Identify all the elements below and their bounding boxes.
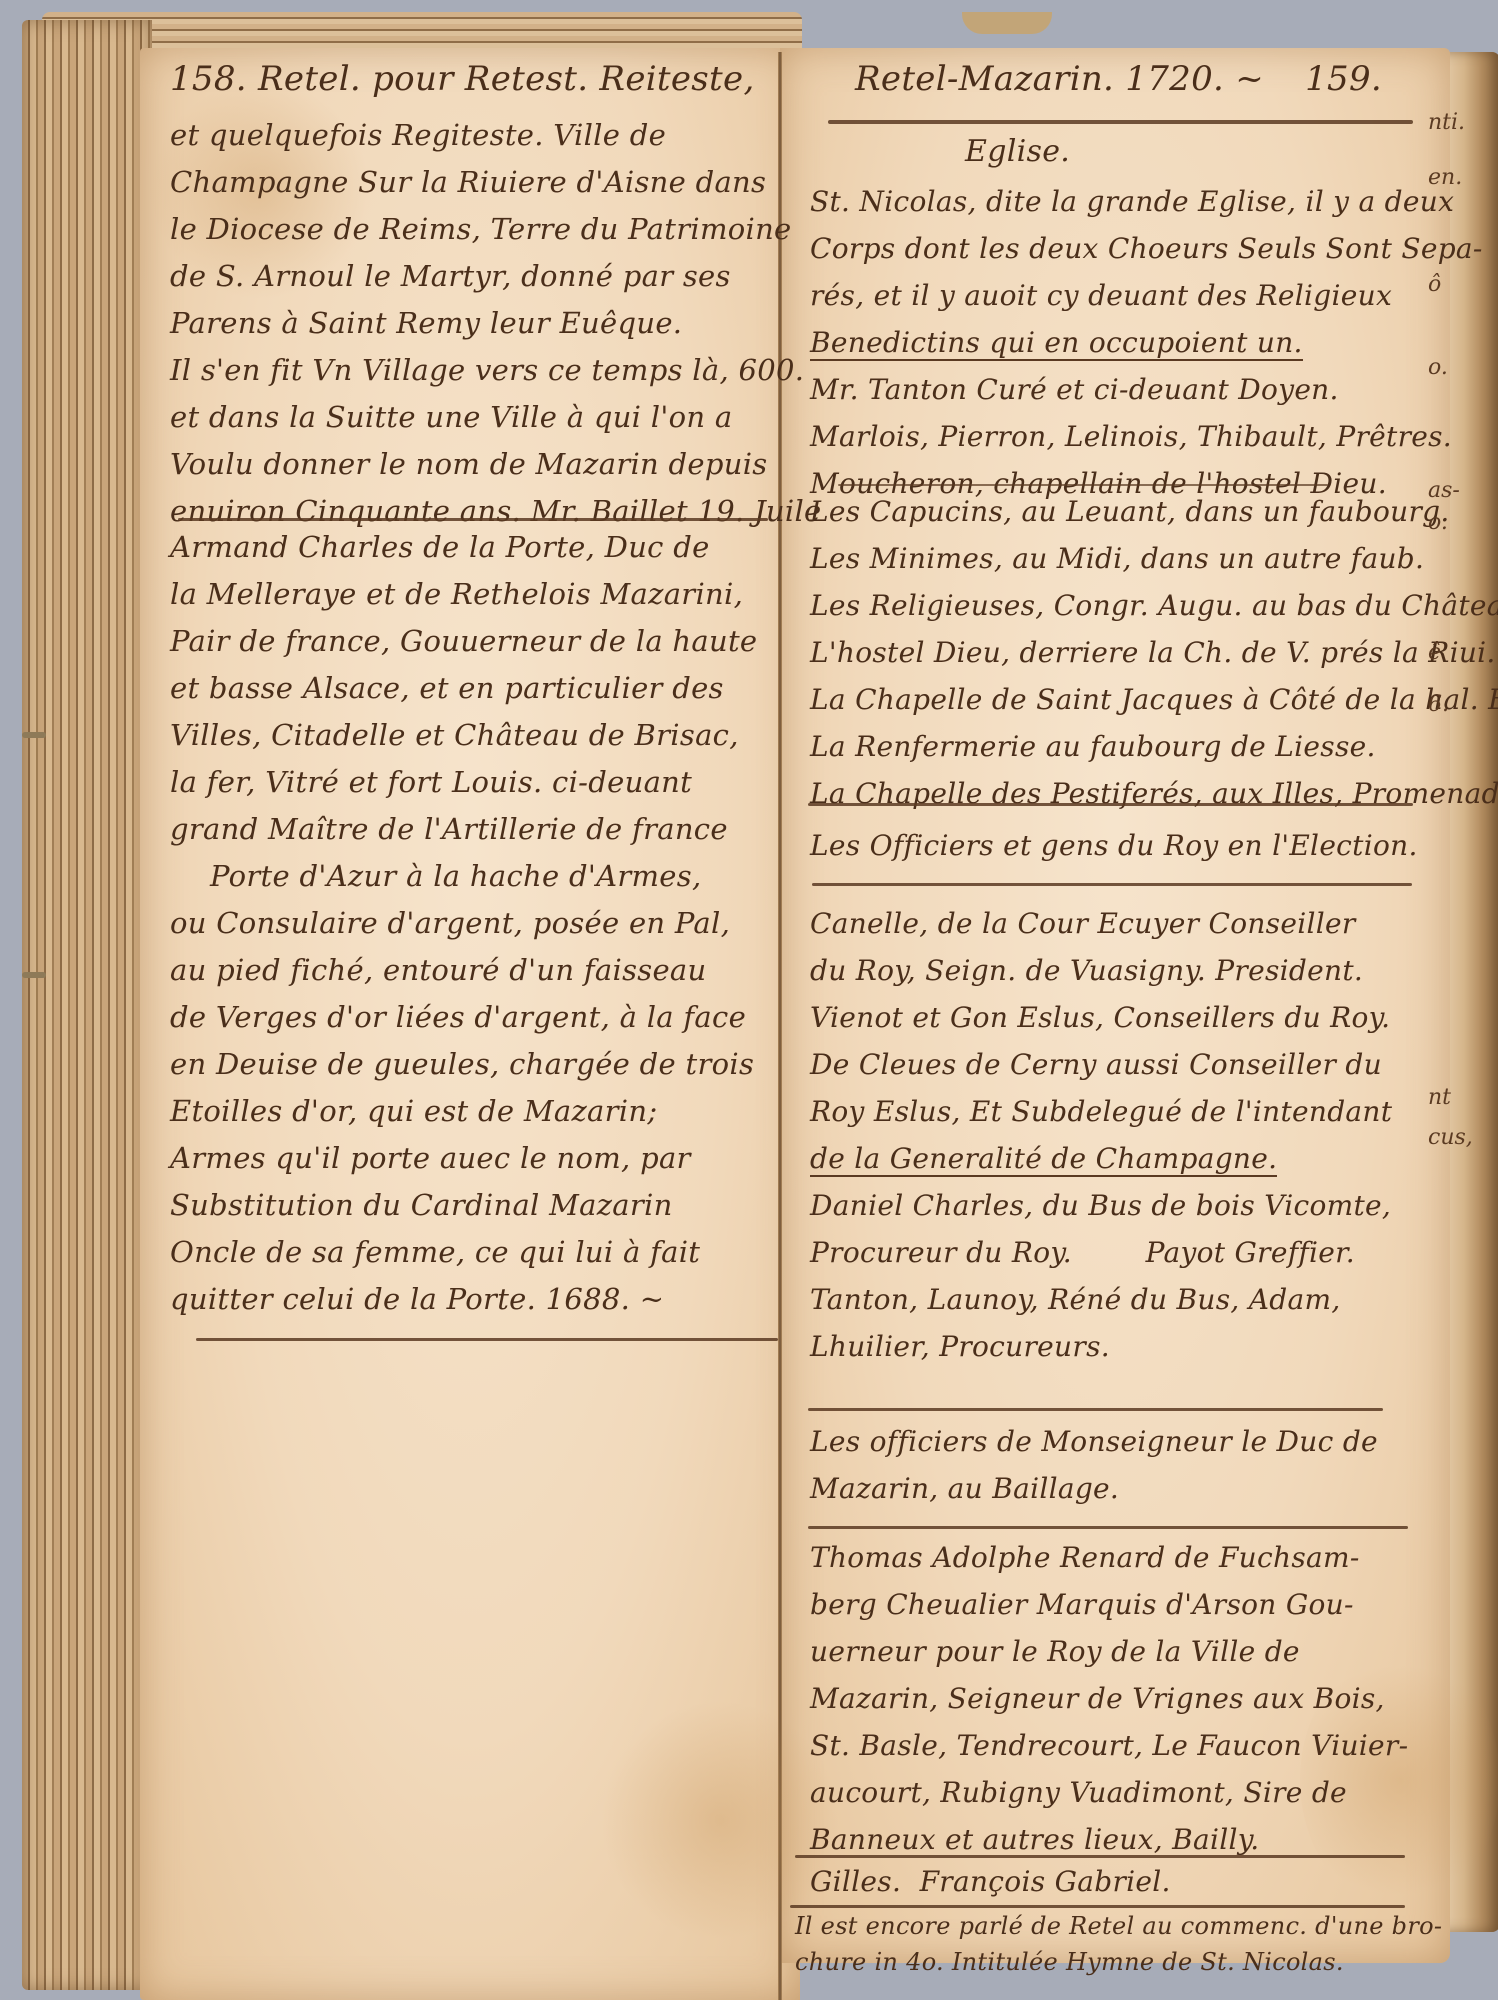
page-stack-left bbox=[22, 20, 152, 1990]
text-line: au pied fiché, entouré d'un faisseau bbox=[170, 947, 757, 994]
text-line: St. Basle, Tendrecourt, Le Faucon Viuier… bbox=[810, 1722, 1408, 1769]
edge-text-fragment: o. bbox=[1428, 510, 1448, 535]
text-line: quitter celui de la Porte. 1688. ~ bbox=[170, 1276, 757, 1323]
text-line: La Renfermerie au faubourg de Liesse. bbox=[810, 723, 1498, 770]
text-line: L'hostel Dieu, derriere la Ch. de V. pré… bbox=[810, 629, 1498, 676]
section-title-baillage: Les officiers de Monseigneur le Duc de M… bbox=[810, 1418, 1378, 1512]
header-rule bbox=[828, 120, 1413, 124]
text-line: Vienot et Gon Eslus, Conseillers du Roy. bbox=[810, 994, 1392, 1041]
edge-text-fragment: nt bbox=[1428, 1085, 1451, 1110]
edge-text-fragment: ê bbox=[1428, 640, 1441, 665]
section-divider bbox=[808, 803, 1413, 806]
age-stain bbox=[600, 1700, 840, 1940]
section-religious-houses: Les Capucins, au Leuant, dans un faubour… bbox=[810, 488, 1498, 817]
text-line: grand Maître de l'Artillerie de france bbox=[170, 806, 757, 853]
text-line: Canelle, de la Cour Ecuyer Conseiller bbox=[810, 900, 1392, 947]
text-line: chure in 4o. Intitulée Hymne de St. Nico… bbox=[795, 1944, 1442, 1980]
edge-text-fragment: nti. bbox=[1428, 110, 1465, 135]
text-line: Oncle de sa femme, ce qui lui à fait bbox=[170, 1229, 757, 1276]
text-line: Parens à Saint Remy leur Euêque. bbox=[170, 300, 822, 347]
text-line: de la Generalité de Champagne. bbox=[810, 1142, 1277, 1177]
text-line: Il est encore parlé de Retel au commenc.… bbox=[795, 1908, 1442, 1944]
text-line: Les Religieuses, Congr. Augu. au bas du … bbox=[810, 582, 1498, 629]
section-divider bbox=[812, 883, 1412, 886]
section-divider bbox=[808, 1526, 1408, 1529]
footnote: Il est encore parlé de Retel au commenc.… bbox=[795, 1908, 1442, 1980]
text-line: Tanton, Launoy, Réné du Bus, Adam, bbox=[810, 1276, 1392, 1323]
left-page-header: 158. Retel. pour Retest. Reiteste, bbox=[170, 56, 755, 103]
text-line: Mr. Tanton Curé et ci-deuant Doyen. bbox=[810, 366, 1483, 413]
text-line: Les officiers de Monseigneur le Duc de bbox=[810, 1418, 1378, 1465]
text-line: Il s'en fit Vn Village vers ce temps là,… bbox=[170, 347, 822, 394]
text-line: Thomas Adolphe Renard de Fuchsam- bbox=[810, 1534, 1408, 1581]
text-line: du Roy, Seign. de Vuasigny. President. bbox=[810, 947, 1392, 994]
text-line: Substitution du Cardinal Mazarin bbox=[170, 1182, 757, 1229]
text-line: La Chapelle de Saint Jacques à Côté de l… bbox=[810, 676, 1498, 723]
text-line: Benedictins qui en occupoient un. bbox=[810, 326, 1303, 361]
text-line: Mazarin, Seigneur de Vrignes aux Bois, bbox=[810, 1675, 1408, 1722]
edge-text-fragment: as- bbox=[1428, 478, 1460, 503]
text-line: rés, et il y auoit cy deuant des Religie… bbox=[810, 272, 1483, 319]
bookmark-ribbon bbox=[962, 12, 1052, 34]
text-line: La Chapelle des Pestiferés, aux Illes, P… bbox=[810, 770, 1498, 817]
section-baillage: Thomas Adolphe Renard de Fuchsam- berg C… bbox=[810, 1534, 1408, 1863]
text-line: Procureur du Roy. Payot Greffier. bbox=[810, 1229, 1392, 1276]
right-page-number: 159. bbox=[1305, 59, 1382, 99]
section-title-election: Les Officiers et gens du Roy en l'Electi… bbox=[810, 822, 1418, 869]
text-line: Daniel Charles, du Bus de bois Vicomte, bbox=[810, 1182, 1392, 1229]
binding-string bbox=[22, 732, 46, 738]
text-line: Roy Eslus, Et Subdelegué de l'intendant bbox=[810, 1088, 1392, 1135]
text-line: le Diocese de Reims, Terre du Patrimoine bbox=[170, 206, 822, 253]
text-line: Les Minimes, au Midi, dans un autre faub… bbox=[810, 535, 1498, 582]
text-line: Pair de france, Gouuerneur de la haute bbox=[170, 618, 757, 665]
section-divider bbox=[838, 484, 1328, 486]
edge-text-fragment: en. bbox=[1428, 165, 1462, 190]
text-line: Villes, Citadelle et Château de Brisac, bbox=[170, 712, 757, 759]
text-line: Les Capucins, au Leuant, dans un faubour… bbox=[810, 488, 1498, 535]
text-line: ou Consulaire d'argent, posée en Pal, bbox=[170, 900, 757, 947]
text-line: uerneur pour le Roy de la Ville de bbox=[810, 1628, 1408, 1675]
text-line: Champagne Sur la Riuiere d'Aisne dans bbox=[170, 159, 822, 206]
right-page-header: Retel-Mazarin. 1720. ~ 159. bbox=[855, 56, 1382, 103]
text-line: Corps dont les deux Choeurs Seuls Sont S… bbox=[810, 225, 1483, 272]
text-line: Porte d'Azur à la hache d'Armes, bbox=[170, 853, 757, 900]
left-entry-retel: et quelquefois Regiteste. Ville de Champ… bbox=[170, 112, 822, 535]
left-page-title: Retel. pour Retest. Reiteste, bbox=[258, 59, 755, 99]
section-divider bbox=[808, 1408, 1383, 1411]
text-line: St. Nicolas, dite la grande Eglise, il y… bbox=[810, 178, 1483, 225]
text-line: Marlois, Pierron, Lelinois, Thibault, Pr… bbox=[810, 413, 1483, 460]
edge-text-fragment: 6. bbox=[1428, 692, 1449, 717]
edge-text-fragment: cus, bbox=[1428, 1125, 1473, 1150]
text-line: berg Cheualier Marquis d'Arson Gou- bbox=[810, 1581, 1408, 1628]
text-line: Mazarin, au Baillage. bbox=[810, 1465, 1378, 1512]
footer-names: Gilles. François Gabriel. bbox=[810, 1858, 1171, 1905]
section-divider bbox=[196, 1338, 778, 1341]
text-line: aucourt, Rubigny Vuadimont, Sire de bbox=[810, 1769, 1408, 1816]
text-line: la Melleraye et de Rethelois Mazarini, bbox=[170, 571, 757, 618]
text-line: Lhuilier, Procureurs. bbox=[810, 1323, 1392, 1370]
text-line: Voulu donner le nom de Mazarin depuis bbox=[170, 441, 822, 488]
text-line: Armes qu'il porte auec le nom, par bbox=[170, 1135, 757, 1182]
text-line: et dans la Suitte une Ville à qui l'on a bbox=[170, 394, 822, 441]
edge-text-fragment: ô bbox=[1428, 272, 1441, 297]
section-title-eglise: Eglise. bbox=[965, 128, 1070, 175]
left-page-number: 158. bbox=[170, 59, 247, 99]
section-election: Canelle, de la Cour Ecuyer Conseiller du… bbox=[810, 900, 1392, 1370]
text-line: et quelquefois Regiteste. Ville de bbox=[170, 112, 822, 159]
section-divider bbox=[178, 518, 768, 521]
text-line: et basse Alsace, et en particulier des bbox=[170, 665, 757, 712]
text-line: la fer, Vitré et fort Louis. ci-deuant bbox=[170, 759, 757, 806]
text-line: de S. Arnoul le Martyr, donné par ses bbox=[170, 253, 822, 300]
section-eglise: St. Nicolas, dite la grande Eglise, il y… bbox=[810, 178, 1483, 507]
left-entry-armand: Armand Charles de la Porte, Duc de la Me… bbox=[170, 524, 757, 1323]
text-line: en Deuise de gueules, chargée de trois bbox=[170, 1041, 757, 1088]
text-line: Armand Charles de la Porte, Duc de bbox=[170, 524, 757, 571]
edge-text-fragment: o. bbox=[1428, 355, 1448, 380]
text-line: de Verges d'or liées d'argent, à la face bbox=[170, 994, 757, 1041]
binding-string bbox=[22, 972, 46, 978]
text-line: De Cleues de Cerny aussi Conseiller du bbox=[810, 1041, 1392, 1088]
text-line: Etoilles d'or, qui est de Mazarin; bbox=[170, 1088, 757, 1135]
right-page-title: Retel-Mazarin. 1720. ~ bbox=[855, 59, 1264, 99]
